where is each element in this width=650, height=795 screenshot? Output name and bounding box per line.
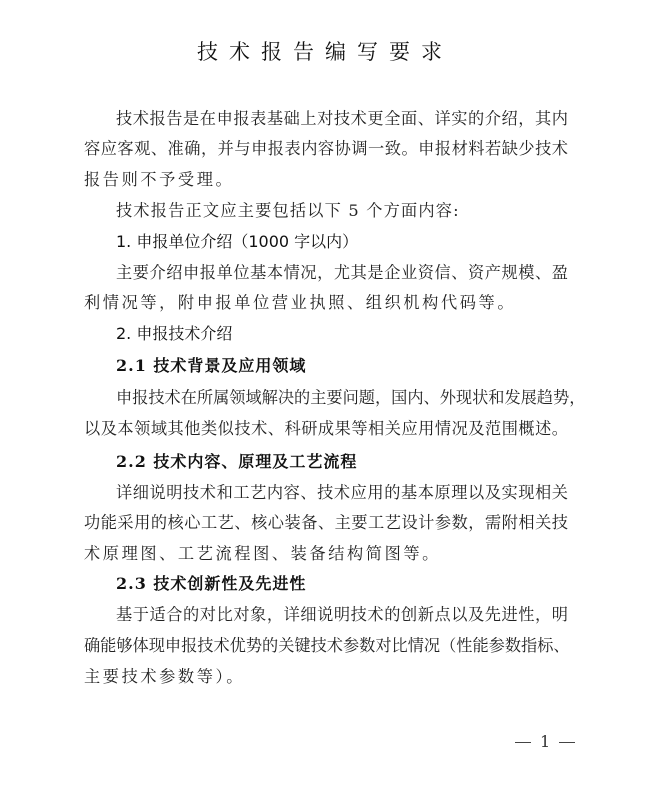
subsection-2-2-heading: 2.2 技术内容、原理及工艺流程 (116, 450, 357, 474)
page-number-dash-right (559, 742, 575, 743)
outline-intro: 技术报告正文应主要包括以下 5 个方面内容: (116, 199, 568, 223)
section-1-heading: 1. 申报单位介绍（1000 字以内） (116, 230, 358, 254)
subsection-2-3-line-2: 确能够体现申报技术优势的关键技术参数对比情况（性能参数指标、 (84, 634, 568, 658)
subsection-2-1-line-1: 申报技术在所属领域解决的主要问题，国内、外现状和发展趋势， (116, 386, 568, 410)
page-number-value: 1 (540, 732, 550, 751)
subsection-2-2-line-1: 详细说明技术和工艺内容、技术应用的基本原理以及实现相关 (116, 481, 568, 505)
subsection-2-2-line-2: 功能采用的核心工艺、核心装备、主要工艺设计参数，需附相关技 (84, 511, 568, 535)
page-number-dash-left (515, 742, 531, 743)
intro-line-2: 容应客观、准确，并与申报表内容协调一致。申报材料若缺少技术 (84, 137, 568, 161)
page-number: 1 (506, 730, 584, 754)
subsection-2-2-line-3: 术原理图、工艺流程图、装备结构简图等。 (84, 542, 568, 566)
subsection-2-1-line-2: 以及本领域其他类似技术、科研成果等相关应用情况及范围概述。 (84, 417, 568, 441)
subsection-2-3-line-1: 基于适合的对比对象，详细说明技术的创新点以及先进性，明 (116, 603, 568, 627)
section-1-line-1: 主要介绍申报单位基本情况，尤其是企业资信、资产规模、盈 (116, 261, 568, 285)
intro-line-3: 报告则不予受理。 (84, 168, 568, 192)
section-2-heading: 2. 申报技术介绍 (116, 322, 232, 346)
document-page: 技术报告编写要求 技术报告是在申报表基础上对技术更全面、详实的介绍，其内 容应客… (0, 0, 650, 795)
intro-line-1: 技术报告是在申报表基础上对技术更全面、详实的介绍，其内 (116, 107, 568, 131)
section-1-line-2: 利情况等，附申报单位营业执照、组织机构代码等。 (84, 291, 568, 315)
document-title: 技术报告编写要求 (0, 36, 650, 66)
subsection-2-1-heading: 2.1 技术背景及应用领域 (116, 354, 306, 378)
subsection-2-3-line-3: 主要技术参数等）。 (84, 665, 568, 689)
subsection-2-3-heading: 2.3 技术创新性及先进性 (116, 572, 306, 596)
